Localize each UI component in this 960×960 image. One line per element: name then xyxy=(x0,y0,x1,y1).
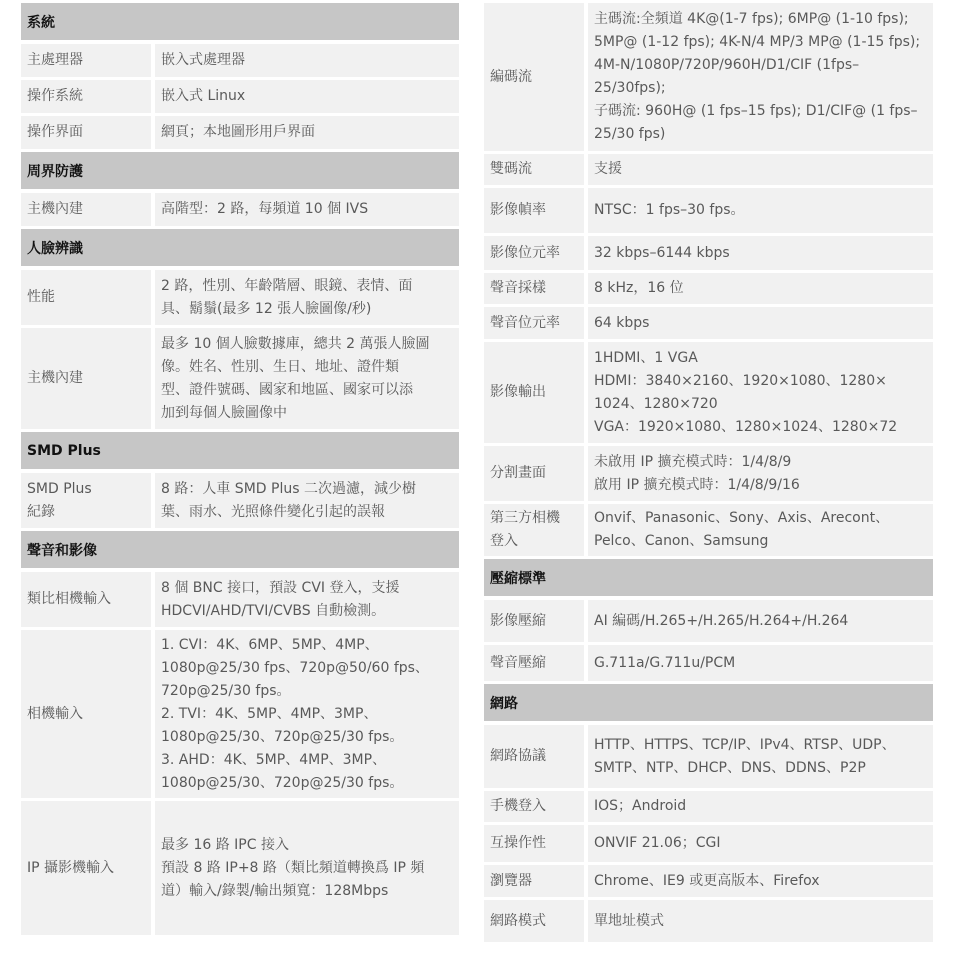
spec-value-line: 720p@25/30 fps。 xyxy=(161,680,453,703)
spec-value-line: 64 kbps xyxy=(594,312,927,335)
spec-value-line: 4M-N/1080P/720P/960H/D1/CIF (1fps– xyxy=(594,54,927,77)
spec-value-line: 嵌入式處理器 xyxy=(161,49,453,72)
spec-label: 影像位元率 xyxy=(484,236,584,270)
spec-value-line: NTSC：1 fps–30 fps。 xyxy=(594,199,927,222)
spec-value-line: 2. TVI：4K、5MP、4MP、3MP、 xyxy=(161,703,453,726)
spec-value-line: ONVIF 21.06；CGI xyxy=(594,832,927,855)
spec-value: 64 kbps xyxy=(588,307,933,339)
spec-value: 最多 16 路 IPC 接入預設 8 路 IP+8 路（類比頻道轉換爲 IP 頻… xyxy=(155,801,459,935)
spec-label: 主機內建 xyxy=(21,328,151,429)
spec-value-line: 最多 16 路 IPC 接入 xyxy=(161,834,453,857)
spec-label: 編碼流 xyxy=(484,3,584,151)
spec-value-line: 像。姓名、性別、生日、地址、證件類 xyxy=(161,356,453,379)
spec-value-line: 未啟用 IP 擴充模式時：1/4/8/9 xyxy=(594,451,927,474)
spec-value: NTSC：1 fps–30 fps。 xyxy=(588,188,933,233)
spec-value-line: 3. AHD：4K、5MP、4MP、3MP、 xyxy=(161,749,453,772)
spec-row: 影像輸出1HDMI、1 VGAHDMI：3840×2160、1920×1080、… xyxy=(484,342,933,443)
spec-value-line: 8 個 BNC 接口，預設 CVI 登入，支援 xyxy=(161,577,453,600)
spec-row: 性能2 路，性別、年齡階層、眼鏡、表情、面具、鬍鬚(最多 12 張人臉圖像/秒) xyxy=(21,270,459,325)
spec-label: 網路協議 xyxy=(484,725,584,788)
spec-value-line: HTTP、HTTPS、TCP/IP、IPv4、RTSP、UDP、 xyxy=(594,734,927,757)
spec-value: AI 編碼/H.265+/H.265/H.264+/H.264 xyxy=(588,600,933,642)
spec-value: 8 路：人車 SMD Plus 二次過濾，減少樹葉、雨水、光照條件變化引起的誤報 xyxy=(155,473,459,528)
spec-value-line: 1080p@25/30、720p@25/30 fps。 xyxy=(161,726,453,749)
spec-row: 手機登入IOS；Android xyxy=(484,791,933,822)
spec-row: IP 攝影機輸入最多 16 路 IPC 接入預設 8 路 IP+8 路（類比頻道… xyxy=(21,801,459,935)
spec-label: 類比相機輸入 xyxy=(21,572,151,627)
spec-label: 聲音壓縮 xyxy=(484,645,584,681)
spec-row: 類比相機輸入8 個 BNC 接口，預設 CVI 登入，支援HDCVI/AHD/T… xyxy=(21,572,459,627)
section-header: SMD Plus xyxy=(21,432,459,469)
spec-label: 網路模式 xyxy=(484,900,584,942)
spec-value-line: 葉、雨水、光照條件變化引起的誤報 xyxy=(161,501,453,524)
spec-row: 分割畫面未啟用 IP 擴充模式時：1/4/8/9啟用 IP 擴充模式時：1/4/… xyxy=(484,446,933,501)
spec-value: 2 路，性別、年齡階層、眼鏡、表情、面具、鬍鬚(最多 12 張人臉圖像/秒) xyxy=(155,270,459,325)
spec-row: 主機內建最多 10 個人臉數據庫，總共 2 萬張人臉圖像。姓名、性別、生日、地址… xyxy=(21,328,459,429)
spec-row: 聲音壓縮G.711a/G.711u/PCM xyxy=(484,645,933,681)
spec-value-line: 8 kHz，16 位 xyxy=(594,277,927,300)
spec-row: 網路模式單地址模式 xyxy=(484,900,933,942)
spec-value: Chrome、IE9 或更高版本、Firefox xyxy=(588,865,933,897)
spec-value: 未啟用 IP 擴充模式時：1/4/8/9啟用 IP 擴充模式時：1/4/8/9/… xyxy=(588,446,933,501)
left-spec-column: 系統主處理器嵌入式處理器操作系統嵌入式 Linux操作界面網頁；本地圖形用戶界面… xyxy=(21,3,459,938)
spec-label: 分割畫面 xyxy=(484,446,584,501)
section-header: 人臉辨識 xyxy=(21,229,459,266)
spec-value-line: 8 路：人車 SMD Plus 二次過濾，減少樹 xyxy=(161,478,453,501)
spec-value: 8 kHz，16 位 xyxy=(588,273,933,304)
spec-label: 主機內建 xyxy=(21,193,151,226)
spec-value: IOS；Android xyxy=(588,791,933,822)
spec-row: 主機內建高階型：2 路，每頻道 10 個 IVS xyxy=(21,193,459,226)
spec-value: 支援 xyxy=(588,154,933,185)
spec-value: HTTP、HTTPS、TCP/IP、IPv4、RTSP、UDP、SMTP、NTP… xyxy=(588,725,933,788)
spec-row: 第三方相機 登入Onvif、Panasonic、Sony、Axis、Arecon… xyxy=(484,504,933,556)
spec-value: ONVIF 21.06；CGI xyxy=(588,825,933,862)
spec-value-line: VGA：1920×1080、1280×1024、1280×72 xyxy=(594,416,927,439)
spec-value: G.711a/G.711u/PCM xyxy=(588,645,933,681)
spec-value: 高階型：2 路，每頻道 10 個 IVS xyxy=(155,193,459,226)
section-header: 壓縮標準 xyxy=(484,559,933,596)
spec-value-line: 道）輸入/錄製/輸出頻寬：128Mbps xyxy=(161,880,453,903)
spec-label: 影像輸出 xyxy=(484,342,584,443)
spec-row: 聲音採樣8 kHz，16 位 xyxy=(484,273,933,304)
spec-value-line: 25/30 fps) xyxy=(594,123,927,146)
spec-value-line: 25/30fps); xyxy=(594,77,927,100)
spec-value-line: 1024、1280×720 xyxy=(594,393,927,416)
spec-value-line: 主碼流:全頻道 4K@(1-7 fps); 6MP@ (1-10 fps); xyxy=(594,8,927,31)
spec-value-line: 預設 8 路 IP+8 路（類比頻道轉換爲 IP 頻 xyxy=(161,857,453,880)
section-header: 周界防護 xyxy=(21,152,459,189)
spec-value-line: HDMI：3840×2160、1920×1080、1280× xyxy=(594,370,927,393)
spec-value: 嵌入式處理器 xyxy=(155,44,459,77)
spec-value-line: 1. CVI：4K、6MP、5MP、4MP、 xyxy=(161,634,453,657)
spec-value-line: 支援 xyxy=(594,158,927,181)
spec-value: 8 個 BNC 接口，預設 CVI 登入，支援HDCVI/AHD/TVI/CVB… xyxy=(155,572,459,627)
spec-label: 手機登入 xyxy=(484,791,584,822)
spec-value-line: 網頁；本地圖形用戶界面 xyxy=(161,121,453,144)
spec-label: 瀏覽器 xyxy=(484,865,584,897)
spec-value: 1. CVI：4K、6MP、5MP、4MP、1080p@25/30 fps、72… xyxy=(155,630,459,798)
spec-label: 互操作性 xyxy=(484,825,584,862)
spec-label: 主處理器 xyxy=(21,44,151,77)
spec-row: 影像幀率NTSC：1 fps–30 fps。 xyxy=(484,188,933,233)
spec-value-line: Chrome、IE9 或更高版本、Firefox xyxy=(594,870,927,893)
spec-label: 操作界面 xyxy=(21,116,151,149)
spec-value-line: IOS；Android xyxy=(594,795,927,818)
spec-label: IP 攝影機輸入 xyxy=(21,801,151,935)
spec-value-line: 5MP@ (1-12 fps); 4K-N/4 MP/3 MP@ (1-15 f… xyxy=(594,31,927,54)
spec-label: 性能 xyxy=(21,270,151,325)
spec-value-line: SMTP、NTP、DHCP、DNS、DDNS、P2P xyxy=(594,757,927,780)
section-header: 系統 xyxy=(21,3,459,40)
spec-row: 相機輸入1. CVI：4K、6MP、5MP、4MP、1080p@25/30 fp… xyxy=(21,630,459,798)
spec-label: 操作系統 xyxy=(21,80,151,113)
spec-row: 網路協議HTTP、HTTPS、TCP/IP、IPv4、RTSP、UDP、SMTP… xyxy=(484,725,933,788)
right-spec-column: 編碼流主碼流:全頻道 4K@(1-7 fps); 6MP@ (1-10 fps)… xyxy=(484,3,933,945)
spec-value-line: 嵌入式 Linux xyxy=(161,85,453,108)
spec-value-line: HDCVI/AHD/TVI/CVBS 自動檢測。 xyxy=(161,600,453,623)
spec-value-line: Onvif、Panasonic、Sony、Axis、Arecont、 xyxy=(594,507,927,530)
spec-value: Onvif、Panasonic、Sony、Axis、Arecont、Pelco、… xyxy=(588,504,933,556)
spec-value: 網頁；本地圖形用戶界面 xyxy=(155,116,459,149)
spec-label: 影像幀率 xyxy=(484,188,584,233)
spec-row: 互操作性ONVIF 21.06；CGI xyxy=(484,825,933,862)
spec-value-line: 32 kbps–6144 kbps xyxy=(594,242,927,265)
spec-row: 影像位元率32 kbps–6144 kbps xyxy=(484,236,933,270)
spec-value: 32 kbps–6144 kbps xyxy=(588,236,933,270)
section-header: 網路 xyxy=(484,684,933,721)
spec-row: 影像壓縮AI 編碼/H.265+/H.265/H.264+/H.264 xyxy=(484,600,933,642)
spec-value: 主碼流:全頻道 4K@(1-7 fps); 6MP@ (1-10 fps);5M… xyxy=(588,3,933,151)
spec-value: 最多 10 個人臉數據庫，總共 2 萬張人臉圖像。姓名、性別、生日、地址、證件類… xyxy=(155,328,459,429)
spec-value-line: 子碼流: 960H@ (1 fps–15 fps); D1/CIF@ (1 fp… xyxy=(594,100,927,123)
spec-value-line: 加到每個人臉圖像中 xyxy=(161,402,453,425)
spec-value-line: 1080p@25/30 fps、720p@50/60 fps、 xyxy=(161,657,453,680)
spec-row: 操作系統嵌入式 Linux xyxy=(21,80,459,113)
spec-row: 聲音位元率64 kbps xyxy=(484,307,933,339)
spec-value-line: G.711a/G.711u/PCM xyxy=(594,652,927,675)
spec-value-line: Pelco、Canon、Samsung xyxy=(594,530,927,553)
spec-row: 操作界面網頁；本地圖形用戶界面 xyxy=(21,116,459,149)
spec-value-line: 啟用 IP 擴充模式時：1/4/8/9/16 xyxy=(594,474,927,497)
spec-value-line: 型、證件號碼、國家和地區、國家可以添 xyxy=(161,379,453,402)
spec-row: SMD Plus 紀錄8 路：人車 SMD Plus 二次過濾，減少樹葉、雨水、… xyxy=(21,473,459,528)
section-header: 聲音和影像 xyxy=(21,531,459,568)
spec-value-line: AI 編碼/H.265+/H.265/H.264+/H.264 xyxy=(594,610,927,633)
spec-value: 嵌入式 Linux xyxy=(155,80,459,113)
spec-label: 雙碼流 xyxy=(484,154,584,185)
spec-value-line: 高階型：2 路，每頻道 10 個 IVS xyxy=(161,198,453,221)
spec-label: SMD Plus 紀錄 xyxy=(21,473,151,528)
spec-value: 1HDMI、1 VGAHDMI：3840×2160、1920×1080、1280… xyxy=(588,342,933,443)
spec-value-line: 具、鬍鬚(最多 12 張人臉圖像/秒) xyxy=(161,298,453,321)
spec-value-line: 2 路，性別、年齡階層、眼鏡、表情、面 xyxy=(161,275,453,298)
spec-row: 編碼流主碼流:全頻道 4K@(1-7 fps); 6MP@ (1-10 fps)… xyxy=(484,3,933,151)
spec-label: 聲音採樣 xyxy=(484,273,584,304)
spec-value: 單地址模式 xyxy=(588,900,933,942)
spec-value-line: 1HDMI、1 VGA xyxy=(594,347,927,370)
spec-value-line: 最多 10 個人臉數據庫，總共 2 萬張人臉圖 xyxy=(161,333,453,356)
spec-value-line: 1080p@25/30、720p@25/30 fps。 xyxy=(161,772,453,795)
spec-label: 聲音位元率 xyxy=(484,307,584,339)
spec-row: 雙碼流支援 xyxy=(484,154,933,185)
spec-label: 相機輸入 xyxy=(21,630,151,798)
spec-label: 影像壓縮 xyxy=(484,600,584,642)
spec-value-line: 單地址模式 xyxy=(594,910,927,933)
spec-row: 主處理器嵌入式處理器 xyxy=(21,44,459,77)
spec-label: 第三方相機 登入 xyxy=(484,504,584,556)
spec-row: 瀏覽器Chrome、IE9 或更高版本、Firefox xyxy=(484,865,933,897)
